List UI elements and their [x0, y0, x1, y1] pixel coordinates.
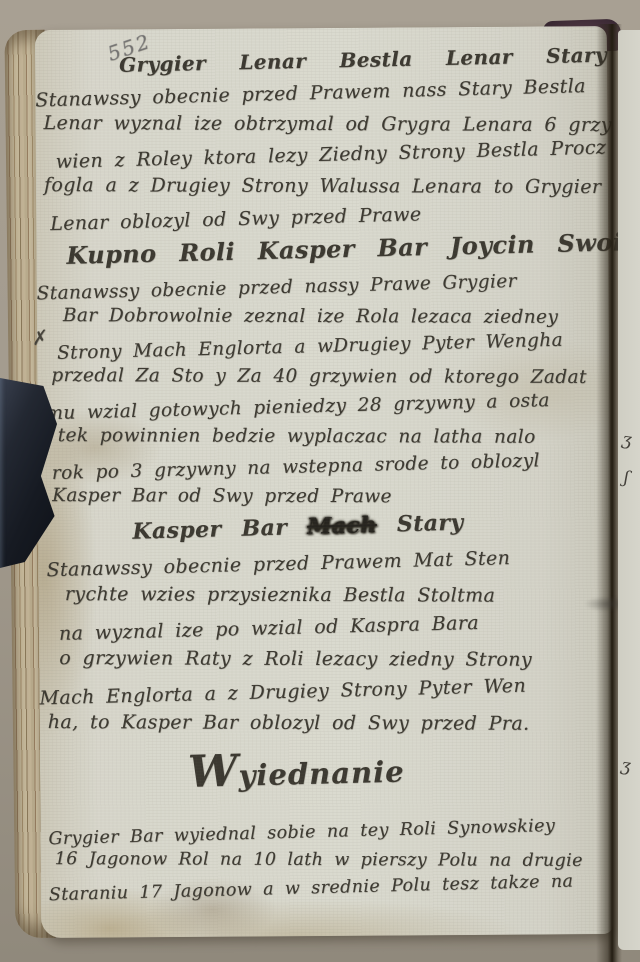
heading-text: Kasper Bar: [132, 514, 288, 544]
facing-page-ink-mark: ʒ: [621, 429, 633, 450]
section-3-body: Stanawssy obecnie przed Prawem Mat Sten …: [38, 550, 605, 746]
section-heading-4: Wyiednanie: [187, 742, 405, 798]
section-1-body: Stanawssy obecnie przed Prawem nass Star…: [35, 80, 602, 239]
facing-page-ink-mark: ʒ: [620, 755, 632, 776]
heading-text: Stary: [396, 510, 463, 538]
section-4-body: Grygier Bar wyiednal sobie na tey Roli S…: [40, 820, 607, 908]
section-heading-1: Grygier Lenar Bestla Lenar Stary: [119, 43, 607, 77]
manuscript-page: 552 Grygier Lenar Bestla Lenar Stary Sta…: [35, 26, 613, 938]
facing-page-ink-mark: ʃ: [623, 468, 630, 488]
struck-word: Mach: [307, 512, 377, 540]
facing-page-edge: ʒ ʃ ʒ: [618, 30, 640, 950]
section-2-body: Stanawssy obecnie przed nassy Prawe Gryg…: [37, 274, 605, 518]
photo-background: 552 Grygier Lenar Bestla Lenar Stary Sta…: [0, 0, 640, 962]
manuscript-line: ha, to Kasper Bar oblozyl od Swy przed P…: [40, 711, 606, 745]
manuscript-line: Kasper Bar od Swy przed Prawe: [38, 485, 604, 517]
